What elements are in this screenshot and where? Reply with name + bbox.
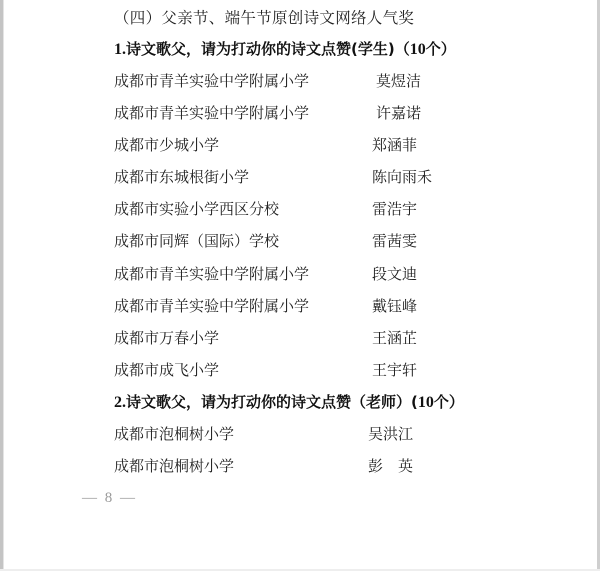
winner-name: 莫煜洁	[376, 70, 421, 92]
award-entry: 成都市青羊实验中学附属小学 戴钰峰	[114, 295, 514, 317]
winner-name: 吴洪江	[368, 423, 413, 445]
group-heading-number: 1.	[114, 41, 126, 58]
school-name: 成都市少城小学	[114, 134, 219, 156]
award-entry: 成都市少城小学 郑涵菲	[114, 134, 514, 156]
award-entry: 成都市万春小学 王涵芷	[114, 327, 514, 349]
award-entry: 成都市青羊实验中学附属小学 段文迪	[114, 263, 514, 285]
school-name: 成都市青羊实验中学附属小学	[114, 70, 309, 92]
winner-name: 雷浩宇	[372, 198, 417, 220]
school-name: 成都市实验小学西区分校	[114, 198, 279, 220]
school-name: 成都市青羊实验中学附属小学	[114, 295, 309, 317]
school-name: 成都市成飞小学	[114, 359, 219, 381]
award-entry: 成都市实验小学西区分校 雷浩宇	[114, 198, 514, 220]
winner-name: 王涵芷	[372, 327, 417, 349]
school-name: 成都市泡桐树小学	[114, 423, 234, 445]
document-page: （四）父亲节、端午节原创诗文网络人气奖 1.诗文歌父，请为打动你的诗文点赞(学生…	[0, 0, 600, 571]
winner-name: 郑涵菲	[372, 134, 417, 156]
school-name: 成都市东城根街小学	[114, 166, 249, 188]
winner-name: 彭 英	[368, 455, 413, 477]
winner-name: 陈向雨禾	[372, 166, 432, 188]
award-entry: 成都市泡桐树小学 彭 英	[114, 455, 514, 477]
winner-name: 戴钰峰	[372, 295, 417, 317]
winner-name: 王宇轩	[372, 359, 417, 381]
group-heading-text: 诗文歌父，请为打动你的诗文点赞（老师）(	[126, 393, 418, 411]
school-name: 成都市万春小学	[114, 327, 219, 349]
group-heading-suffix: 个）	[426, 40, 456, 58]
award-entry: 成都市成飞小学 王宇轩	[114, 359, 514, 381]
group-heading-count: 10	[410, 41, 426, 58]
winner-name: 许嘉诺	[376, 102, 421, 124]
winner-name: 雷茜雯	[372, 230, 417, 252]
school-name: 成都市泡桐树小学	[114, 455, 234, 477]
group-heading-suffix: 个）	[434, 393, 464, 411]
group-heading-students: 1.诗文歌父，请为打动你的诗文点赞(学生)（10个）	[114, 38, 456, 60]
school-name: 成都市青羊实验中学附属小学	[114, 263, 309, 285]
award-entry: 成都市青羊实验中学附属小学 莫煜洁	[114, 70, 514, 92]
group-heading-text: 诗文歌父，请为打动你的诗文点赞(学生)（	[126, 40, 410, 58]
page-number: — 8 —	[82, 490, 137, 507]
group-heading-number: 2.	[114, 394, 126, 411]
group-heading-count: 10	[418, 394, 434, 411]
group-heading-teachers: 2.诗文歌父，请为打动你的诗文点赞（老师）(10个）	[114, 391, 464, 413]
award-entry: 成都市东城根街小学 陈向雨禾	[114, 166, 514, 188]
winner-name: 段文迪	[372, 263, 417, 285]
section-title: （四）父亲节、端午节原创诗文网络人气奖	[114, 7, 414, 29]
award-entry: 成都市泡桐树小学 吴洪江	[114, 423, 514, 445]
award-entry: 成都市同辉（国际）学校 雷茜雯	[114, 230, 514, 252]
award-entry: 成都市青羊实验中学附属小学 许嘉诺	[114, 102, 514, 124]
school-name: 成都市同辉（国际）学校	[114, 230, 279, 252]
school-name: 成都市青羊实验中学附属小学	[114, 102, 309, 124]
